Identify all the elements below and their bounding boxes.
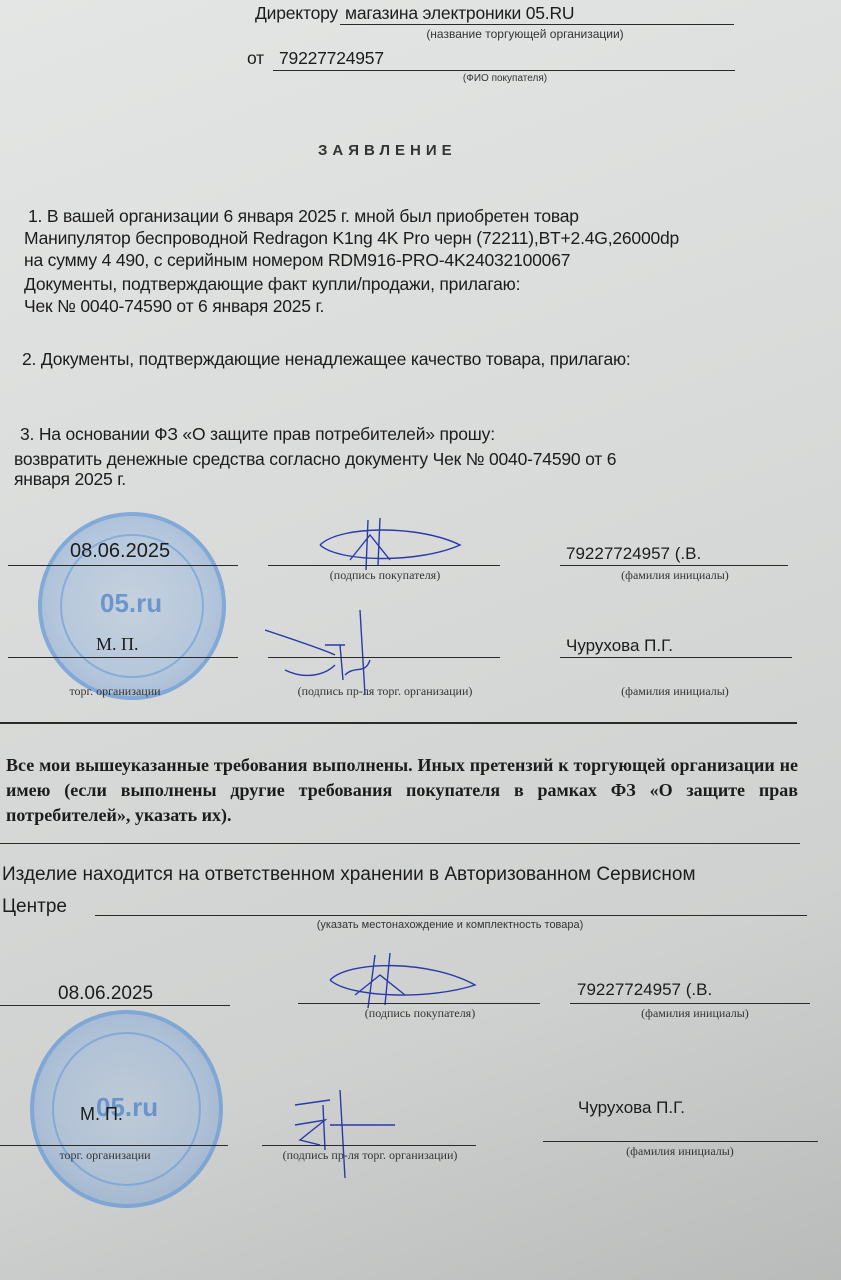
to-prefix: Директору — [255, 3, 338, 24]
date-1: 08.06.2025 — [70, 540, 170, 563]
buyer-name-underline-2 — [570, 1003, 810, 1004]
seller-signature-2 — [285, 1080, 415, 1180]
to-underline — [340, 24, 734, 25]
confirmation-underline — [0, 843, 800, 844]
storage-underline — [95, 915, 807, 916]
stamp-logo: 05.ru — [100, 588, 162, 619]
section3-line-2: возвратить денежные средства согласно до… — [14, 449, 616, 470]
stamp-underline-2 — [0, 1145, 228, 1146]
date-underline-2 — [0, 1005, 230, 1006]
buyer-sig-caption-2: (подпись покупателя) — [335, 1006, 505, 1021]
buyer-name-1: 79227724957 (.В. — [566, 544, 701, 564]
buyer-name-2: 79227724957 (.В. — [577, 980, 712, 1000]
to-caption: (название торгующей организации) — [400, 27, 650, 41]
buyer-sig-underline-2 — [298, 1003, 540, 1004]
section1-line-4: Документы, подтверждающие факт купли/про… — [24, 274, 520, 295]
section-divider — [0, 722, 797, 724]
from-prefix: от — [247, 48, 264, 69]
seller-name-underline-1 — [560, 657, 792, 658]
buyer-name-caption-1: (фамилия инициалы) — [590, 568, 760, 583]
seller-sig-caption-2: (подпись пр-ля торг. организации) — [265, 1148, 475, 1163]
buyer-signature-2 — [320, 950, 490, 1010]
section2-text: 2. Документы, подтверждающие ненадлежаще… — [22, 349, 631, 370]
section1-line-1: 1. В вашей организации 6 января 2025 г. … — [28, 206, 579, 227]
from-underline — [273, 70, 735, 71]
storage-line-2-prefix: Центре — [2, 896, 67, 918]
confirmation-text: Все мои вышеуказанные требования выполне… — [6, 753, 798, 828]
section1-line-3: на сумму 4 490, с серийным номером RDM91… — [24, 250, 570, 271]
stamp-label-1: М. П. — [96, 634, 139, 655]
section1-line-2: Манипулятор беспроводной Redragon K1ng 4… — [24, 228, 679, 249]
stamp-underline-1 — [8, 657, 238, 658]
seller-sig-caption-1: (подпись пр-ля торг. организации) — [280, 684, 490, 699]
seller-name-2: Чурухова П.Г. — [578, 1098, 685, 1118]
date-underline-1 — [8, 565, 238, 566]
seller-name-underline-2 — [543, 1141, 818, 1142]
seller-name-caption-2: (фамилия инициалы) — [600, 1144, 760, 1159]
stamp-caption-1: торг. организации — [45, 684, 185, 699]
from-value: 79227724957 — [279, 48, 384, 69]
to-value: магазина электроники 05.RU — [345, 3, 574, 24]
seller-sig-underline-2 — [262, 1145, 476, 1146]
document-title: ЗАЯВЛЕНИЕ — [318, 142, 457, 159]
from-caption: (ФИО покупателя) — [440, 73, 570, 84]
buyer-sig-caption-1: (подпись покупателя) — [300, 568, 470, 583]
storage-line-1: Изделие находится на ответственном хране… — [2, 864, 696, 886]
company-stamp-2: 05.ru — [30, 1010, 223, 1208]
section1-line-5: Чек № 0040-74590 от 6 января 2025 г. — [24, 296, 324, 317]
seller-name-1: Чурухова П.Г. — [566, 636, 673, 656]
seller-name-caption-1: (фамилия инициалы) — [590, 684, 760, 699]
buyer-name-underline-1 — [560, 565, 788, 566]
storage-caption: (указать местонахождение и комплектность… — [280, 919, 620, 931]
buyer-sig-underline-1 — [268, 565, 500, 566]
stamp-label-2: М. П. — [80, 1104, 123, 1125]
seller-sig-underline-1 — [268, 657, 500, 658]
date-2: 08.06.2025 — [58, 983, 153, 1005]
section3-line-1: 3. На основании ФЗ «О защите прав потреб… — [20, 424, 495, 445]
section3-line-3: января 2025 г. — [14, 469, 126, 490]
buyer-name-caption-2: (фамилия инициалы) — [610, 1006, 780, 1021]
buyer-signature-1 — [300, 515, 480, 575]
stamp-caption-2: торг. организации — [40, 1148, 170, 1163]
